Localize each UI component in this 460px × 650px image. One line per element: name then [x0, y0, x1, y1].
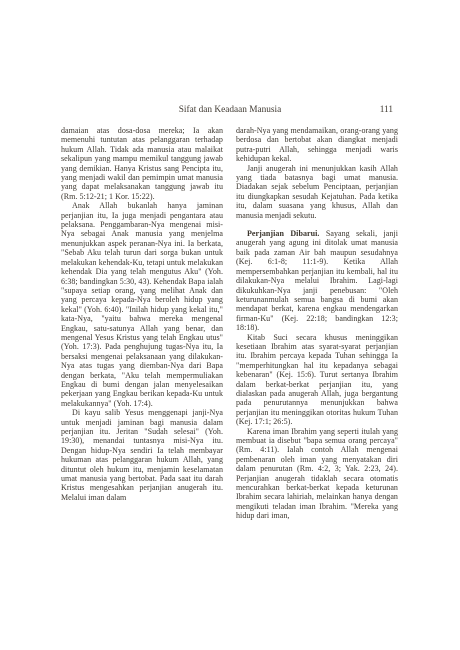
paragraph: Janji anugerah ini menunjukkan kasih All…: [236, 164, 398, 220]
two-column-layout: damaian atas dosa-dosa mereka; Ia akan m…: [61, 126, 399, 521]
page-title: Sifat dan Keadaan Manusia: [179, 105, 282, 115]
book-page: Sifat dan Keadaan Manusia 111 damaian at…: [0, 0, 460, 650]
paragraph: Karena iman Ibrahim yang seperti itulah …: [236, 427, 398, 521]
paragraph-lead: Perjanjian Dibarui.: [247, 229, 326, 238]
paragraph: damaian atas dosa-dosa mereka; Ia akan m…: [61, 126, 223, 201]
text-block: Sifat dan Keadaan Manusia 111 damaian at…: [61, 104, 399, 521]
paragraph: darah-Nya yang mendamaikan, orang-orang …: [236, 126, 398, 164]
running-header: Sifat dan Keadaan Manusia 111: [61, 104, 399, 116]
paragraph: Kitab Suci secara khusus meninggikan kes…: [236, 333, 398, 427]
paragraph: Anak Allah bukanlah hanya jaminan perjan…: [61, 201, 223, 408]
column-right: darah-Nya yang mendamaikan, orang-orang …: [236, 126, 398, 521]
paragraph: Di kayu salib Yesus menggenapi janji-Nya…: [61, 408, 223, 502]
paragraph: Perjanjian Dibarui. Sayang sekali, janji…: [236, 229, 398, 332]
column-left: damaian atas dosa-dosa mereka; Ia akan m…: [61, 126, 223, 521]
page-number: 111: [380, 104, 393, 116]
